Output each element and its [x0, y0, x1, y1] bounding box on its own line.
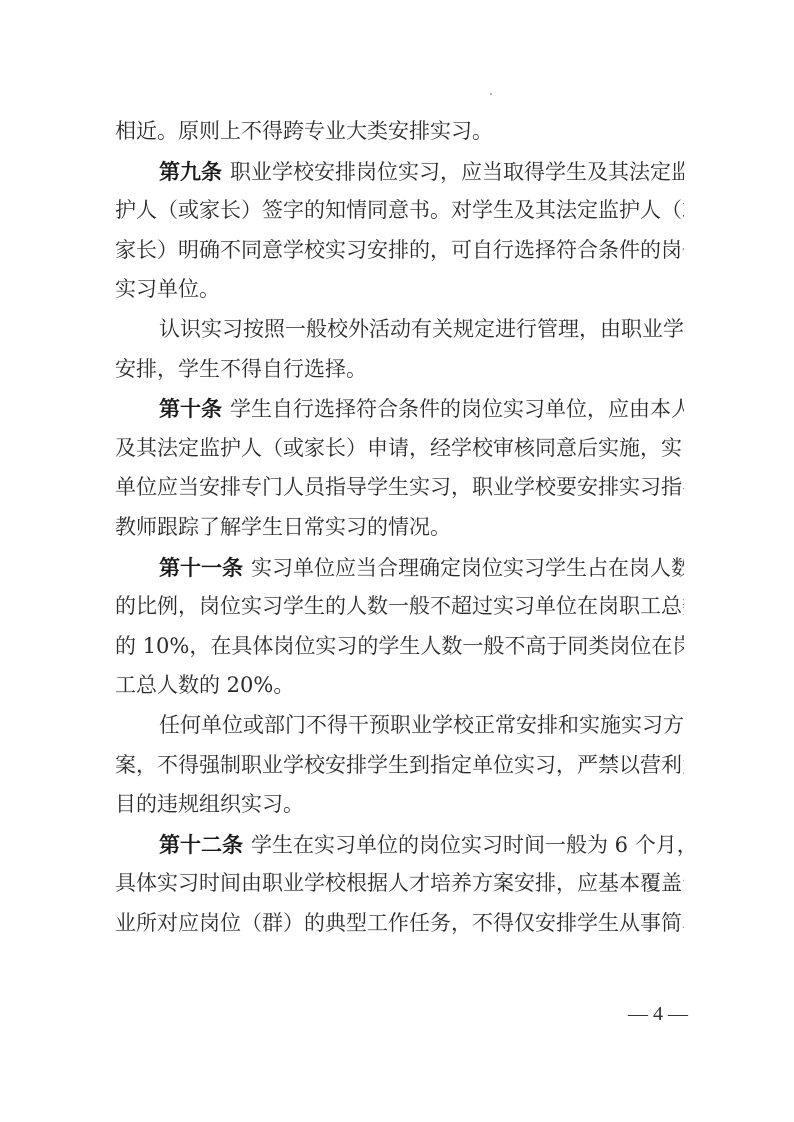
page-number: — 4 —	[628, 1000, 688, 1028]
line-text: 护人（或家长）签字的知情同意书。对学生及其法定监护人（或	[115, 198, 684, 222]
line-text: 任何单位或部门不得干预职业学校正常安排和实施实习方	[159, 713, 684, 737]
line-text: 实习单位应当合理确定岗位实习学生占在岗人数	[251, 556, 684, 580]
line-text: 工总人数的 20%。	[115, 673, 294, 697]
article-9-heading-line: 第九条职业学校安排岗位实习，应当取得学生及其法定监	[115, 152, 684, 192]
text-line-4: 家长）明确不同意学校实习安排的，可自行选择符合条件的岗位	[115, 231, 684, 271]
line-text: 学生在实习单位的岗位实习时间一般为 6 个月，	[251, 833, 684, 857]
article-10-label: 第十条	[159, 396, 222, 421]
line-text: 单位应当安排专门人员指导学生实习，职业学校要安排实习指导	[115, 475, 684, 499]
line-text: 及其法定监护人（或家长）申请，经学校审核同意后实施，实习	[115, 436, 684, 460]
line-text: 教师跟踪了解学生日常实习的情况。	[115, 515, 451, 539]
article-12-label: 第十二条	[159, 832, 243, 857]
text-line-18: 目的违规组织实习。	[115, 785, 684, 825]
article-11-label: 第十一条	[159, 555, 243, 580]
text-line-11: 教师跟踪了解学生日常实习的情况。	[115, 508, 684, 548]
line-text: 认识实习按照一般校外活动有关规定进行管理，由职业学校	[159, 317, 684, 341]
line-text: 安排，学生不得自行选择。	[115, 357, 367, 381]
line-text: 学生自行选择符合条件的岗位实习单位，应由本人	[230, 397, 684, 421]
text-line-14: 的 10%，在具体岗位实习的学生人数一般不高于同类岗位在岗职	[115, 627, 684, 667]
text-line-1: 相近。原则上不得跨专业大类安排实习。	[115, 112, 684, 152]
line-text: 实习单位。	[115, 277, 220, 301]
text-line-7: 安排，学生不得自行选择。	[115, 350, 684, 390]
line-text: 相近。原则上不得跨专业大类安排实习。	[115, 119, 493, 143]
line-text: 的比例，岗位实习学生的人数一般不超过实习单位在岗职工总数	[115, 594, 684, 618]
article-10-heading-line: 第十条学生自行选择符合条件的岗位实习单位，应由本人	[115, 389, 684, 429]
text-line-15: 工总人数的 20%。	[115, 666, 684, 706]
text-line-3: 护人（或家长）签字的知情同意书。对学生及其法定监护人（或	[115, 191, 684, 231]
text-line-21: 业所对应岗位（群）的典型工作任务，不得仅安排学生从事简单	[115, 904, 684, 944]
line-text: 业所对应岗位（群）的典型工作任务，不得仅安排学生从事简单	[115, 911, 684, 935]
line-text: 案，不得强制职业学校安排学生到指定单位实习，严禁以营利为	[115, 753, 684, 777]
text-line-20: 具体实习时间由职业学校根据人才培养方案安排，应基本覆盖专	[115, 864, 684, 904]
document-page: 相近。原则上不得跨专业大类安排实习。 第九条职业学校安排岗位实习，应当取得学生及…	[0, 0, 794, 1122]
text-line-17: 案，不得强制职业学校安排学生到指定单位实习，严禁以营利为	[115, 746, 684, 786]
article-12-heading-line: 第十二条学生在实习单位的岗位实习时间一般为 6 个月，	[115, 825, 684, 865]
line-text: 职业学校安排岗位实习，应当取得学生及其法定监	[230, 160, 684, 184]
text-line-6: 认识实习按照一般校外活动有关规定进行管理，由职业学校	[115, 310, 684, 350]
line-text: 具体实习时间由职业学校根据人才培养方案安排，应基本覆盖专	[115, 871, 684, 895]
text-line-16: 任何单位或部门不得干预职业学校正常安排和实施实习方	[115, 706, 684, 746]
text-line-10: 单位应当安排专门人员指导学生实习，职业学校要安排实习指导	[115, 468, 684, 508]
body-text: 相近。原则上不得跨专业大类安排实习。 第九条职业学校安排岗位实习，应当取得学生及…	[115, 112, 684, 943]
text-line-5: 实习单位。	[115, 270, 684, 310]
text-line-13: 的比例，岗位实习学生的人数一般不超过实习单位在岗职工总数	[115, 587, 684, 627]
article-9-label: 第九条	[159, 159, 222, 184]
scan-speck	[490, 93, 492, 95]
line-text: 目的违规组织实习。	[115, 792, 304, 816]
line-text: 的 10%，在具体岗位实习的学生人数一般不高于同类岗位在岗职	[115, 634, 684, 658]
text-line-9: 及其法定监护人（或家长）申请，经学校审核同意后实施，实习	[115, 429, 684, 469]
line-text: 家长）明确不同意学校实习安排的，可自行选择符合条件的岗位	[115, 238, 684, 262]
article-11-heading-line: 第十一条实习单位应当合理确定岗位实习学生占在岗人数	[115, 548, 684, 588]
